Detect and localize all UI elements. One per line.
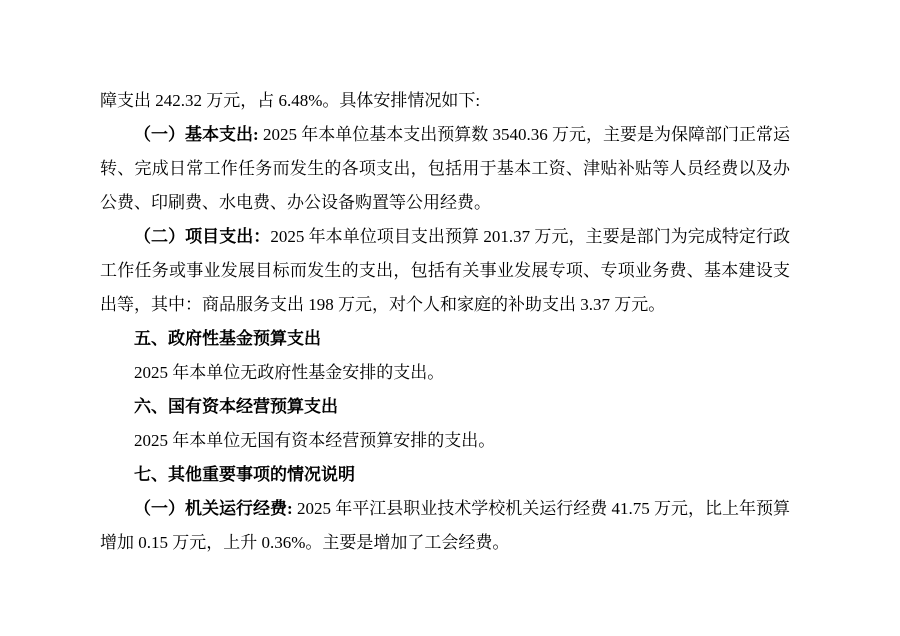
paragraph-project-expenditure: （二）项目支出：2025 年本单位项目支出预算 201.37 万元，主要是部门为…: [100, 220, 790, 322]
paragraph-basic-expenditure: （一）基本支出: 2025 年本单位基本支出预算数 3540.36 万元，主要是…: [100, 118, 790, 220]
document-page: 障支出 242.32 万元，占 6.48%。具体安排情况如下: （一）基本支出:…: [0, 0, 900, 636]
paragraph-government-funds: 2025 年本单位无政府性基金安排的支出。: [100, 356, 790, 390]
section-heading-other-important-matters: 七、其他重要事项的情况说明: [100, 458, 790, 492]
section-heading-government-funds: 五、政府性基金预算支出: [100, 322, 790, 356]
paragraph-agency-operating-funds: （一）机关运行经费: 2025 年平江县职业技术学校机关运行经费 41.75 万…: [100, 492, 790, 560]
basic-expenditure-label: （一）基本支出:: [134, 125, 259, 144]
paragraph-state-capital: 2025 年本单位无国有资本经营预算安排的支出。: [100, 424, 790, 458]
project-expenditure-label: （二）项目支出：: [134, 227, 270, 246]
section-heading-state-capital: 六、国有资本经营预算支出: [100, 390, 790, 424]
agency-operating-funds-label: （一）机关运行经费:: [134, 499, 293, 518]
paragraph-continuation: 障支出 242.32 万元，占 6.48%。具体安排情况如下:: [100, 84, 790, 118]
